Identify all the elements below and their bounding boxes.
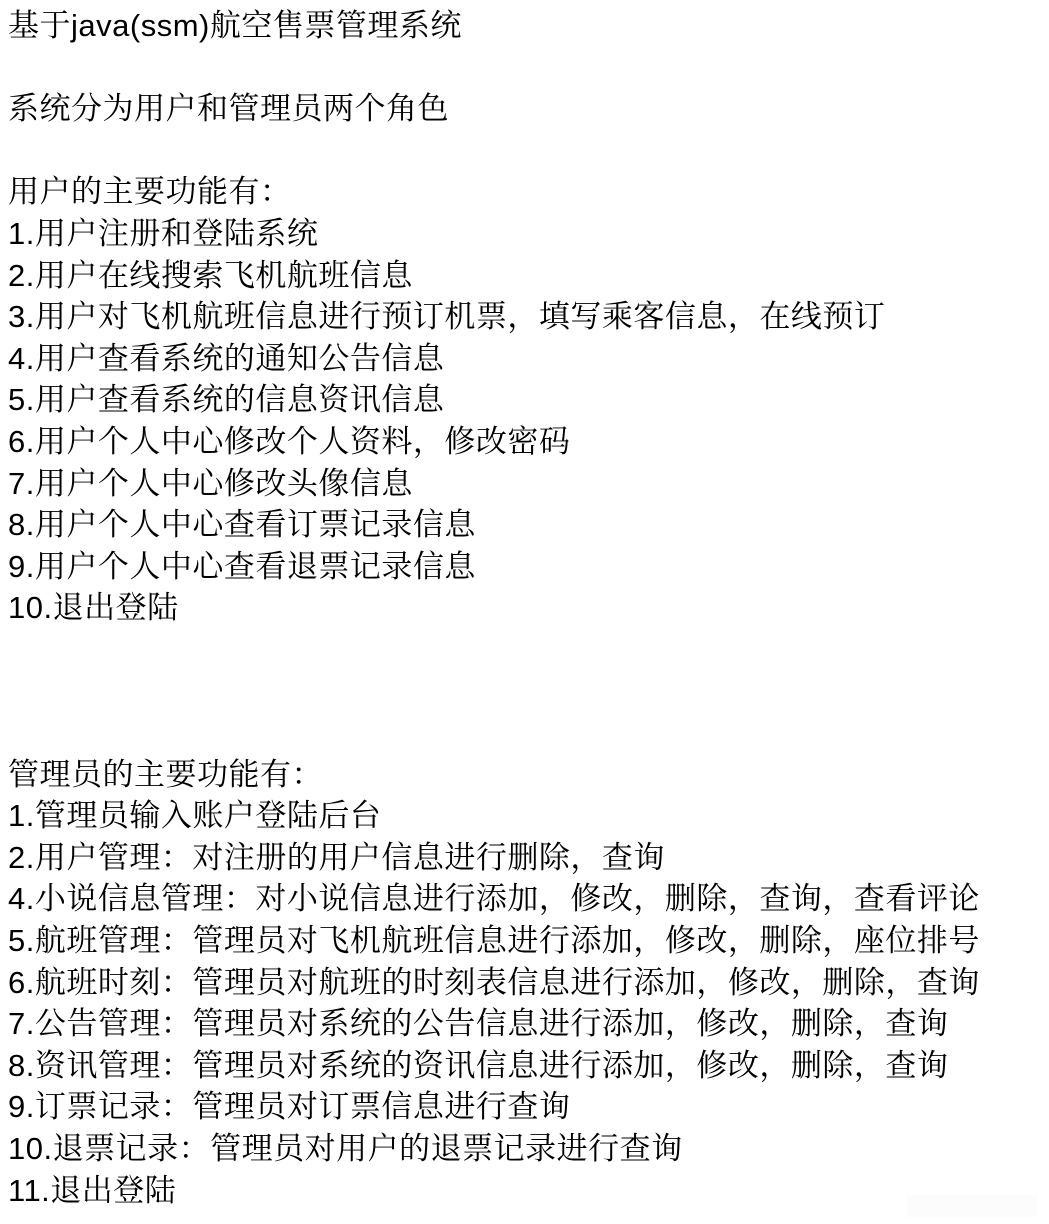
user-feature-item: 7.用户个人中心修改头像信息 (8, 463, 1039, 505)
faint-artifact (906, 1195, 1037, 1217)
admin-feature-item: 6.航班时刻：管理员对航班的时刻表信息进行添加，修改，删除，查询 (8, 962, 1039, 1004)
admin-feature-item: 7.公告管理：管理员对系统的公告信息进行添加，修改，删除，查询 (8, 1003, 1039, 1045)
admin-feature-item: 11.退出登陆 (8, 1170, 1039, 1212)
blank-line (8, 130, 1039, 172)
user-feature-item: 2.用户在线搜索飞机航班信息 (8, 255, 1039, 297)
user-feature-item: 5.用户查看系统的信息资讯信息 (8, 379, 1039, 421)
user-feature-item: 3.用户对飞机航班信息进行预订机票，填写乘客信息，在线预订 (8, 296, 1039, 338)
admin-feature-item: 9.订票记录：管理员对订票信息进行查询 (8, 1086, 1039, 1128)
admin-feature-item: 5.航班管理：管理员对飞机航班信息进行添加，修改，删除，座位排号 (8, 920, 1039, 962)
document-body: 基于java(ssm)航空售票管理系统 系统分为用户和管理员两个角色 用户的主要… (0, 0, 1049, 1211)
user-feature-item: 4.用户查看系统的通知公告信息 (8, 338, 1039, 380)
user-feature-item: 9.用户个人中心查看退票记录信息 (8, 546, 1039, 588)
document-title: 基于java(ssm)航空售票管理系统 (8, 5, 1039, 47)
admin-feature-item: 2.用户管理：对注册的用户信息进行删除，查询 (8, 837, 1039, 879)
user-section-heading: 用户的主要功能有： (8, 171, 1039, 213)
admin-feature-item: 4.小说信息管理：对小说信息进行添加，修改，删除，查询，查看评论 (8, 878, 1039, 920)
admin-feature-item: 10.退票记录：管理员对用户的退票记录进行查询 (8, 1128, 1039, 1170)
user-feature-item: 10.退出登陆 (8, 587, 1039, 629)
admin-section-heading: 管理员的主要功能有： (8, 754, 1039, 796)
blank-line (8, 47, 1039, 89)
admin-feature-item: 8.资讯管理：管理员对系统的资讯信息进行添加，修改，删除，查询 (8, 1045, 1039, 1087)
section-gap (8, 629, 1039, 754)
admin-feature-item: 1.管理员输入账户登陆后台 (8, 795, 1039, 837)
user-feature-item: 8.用户个人中心查看订票记录信息 (8, 504, 1039, 546)
user-feature-item: 1.用户注册和登陆系统 (8, 213, 1039, 255)
user-feature-item: 6.用户个人中心修改个人资料，修改密码 (8, 421, 1039, 463)
intro-line: 系统分为用户和管理员两个角色 (8, 88, 1039, 130)
